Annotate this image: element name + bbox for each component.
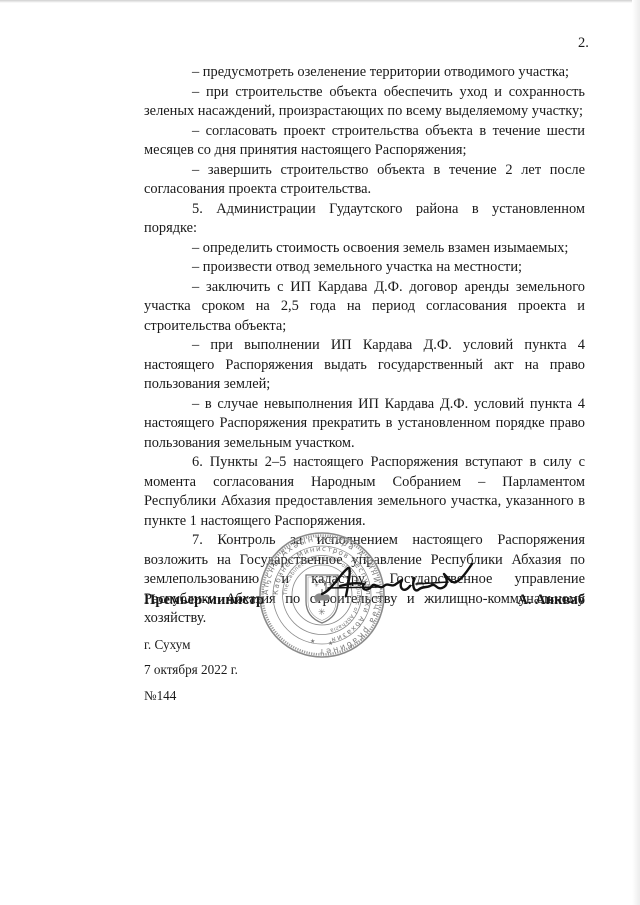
paragraph: – определить стоимость освоения земель в… [144,239,585,259]
paragraph: 5. Администрации Гудаутского района в ус… [144,200,585,239]
signatory-name: А. Анкваб [517,592,585,609]
document-number: №144 [144,688,176,704]
paragraph: – в случае невыполнения ИП Кардава Д.Ф. … [144,395,585,454]
svg-text:★: ★ [310,638,315,645]
paragraph: – заключить с ИП Кардава Д.Ф. договор ар… [144,278,585,337]
issue-date: 7 октября 2022 г. [144,662,238,678]
scan-edge-right [632,0,640,905]
paragraph: 6. Пункты 2–5 настоящего Распоряжения вс… [144,453,585,531]
paragraph: – согласовать проект строительства объек… [144,122,585,161]
paragraph: – при выполнении ИП Кардава Д.Ф. условий… [144,336,585,395]
paragraph: – завершить строительство объекта в тече… [144,161,585,200]
paragraph: – при строительстве объекта обеспечить у… [144,83,585,122]
paragraph: – предусмотреть озеленение территории от… [144,63,585,83]
page-number: 2. [578,35,589,52]
paragraph: – произвести отвод земельного участка на… [144,258,585,278]
svg-text:★: ★ [328,640,333,647]
scan-edge-top [0,0,640,3]
signatory-title: Премьер-министр [144,592,264,609]
place-of-issue: г. Сухум [144,637,190,653]
signature-block: Премьер-министр А. Анкваб [144,592,585,612]
